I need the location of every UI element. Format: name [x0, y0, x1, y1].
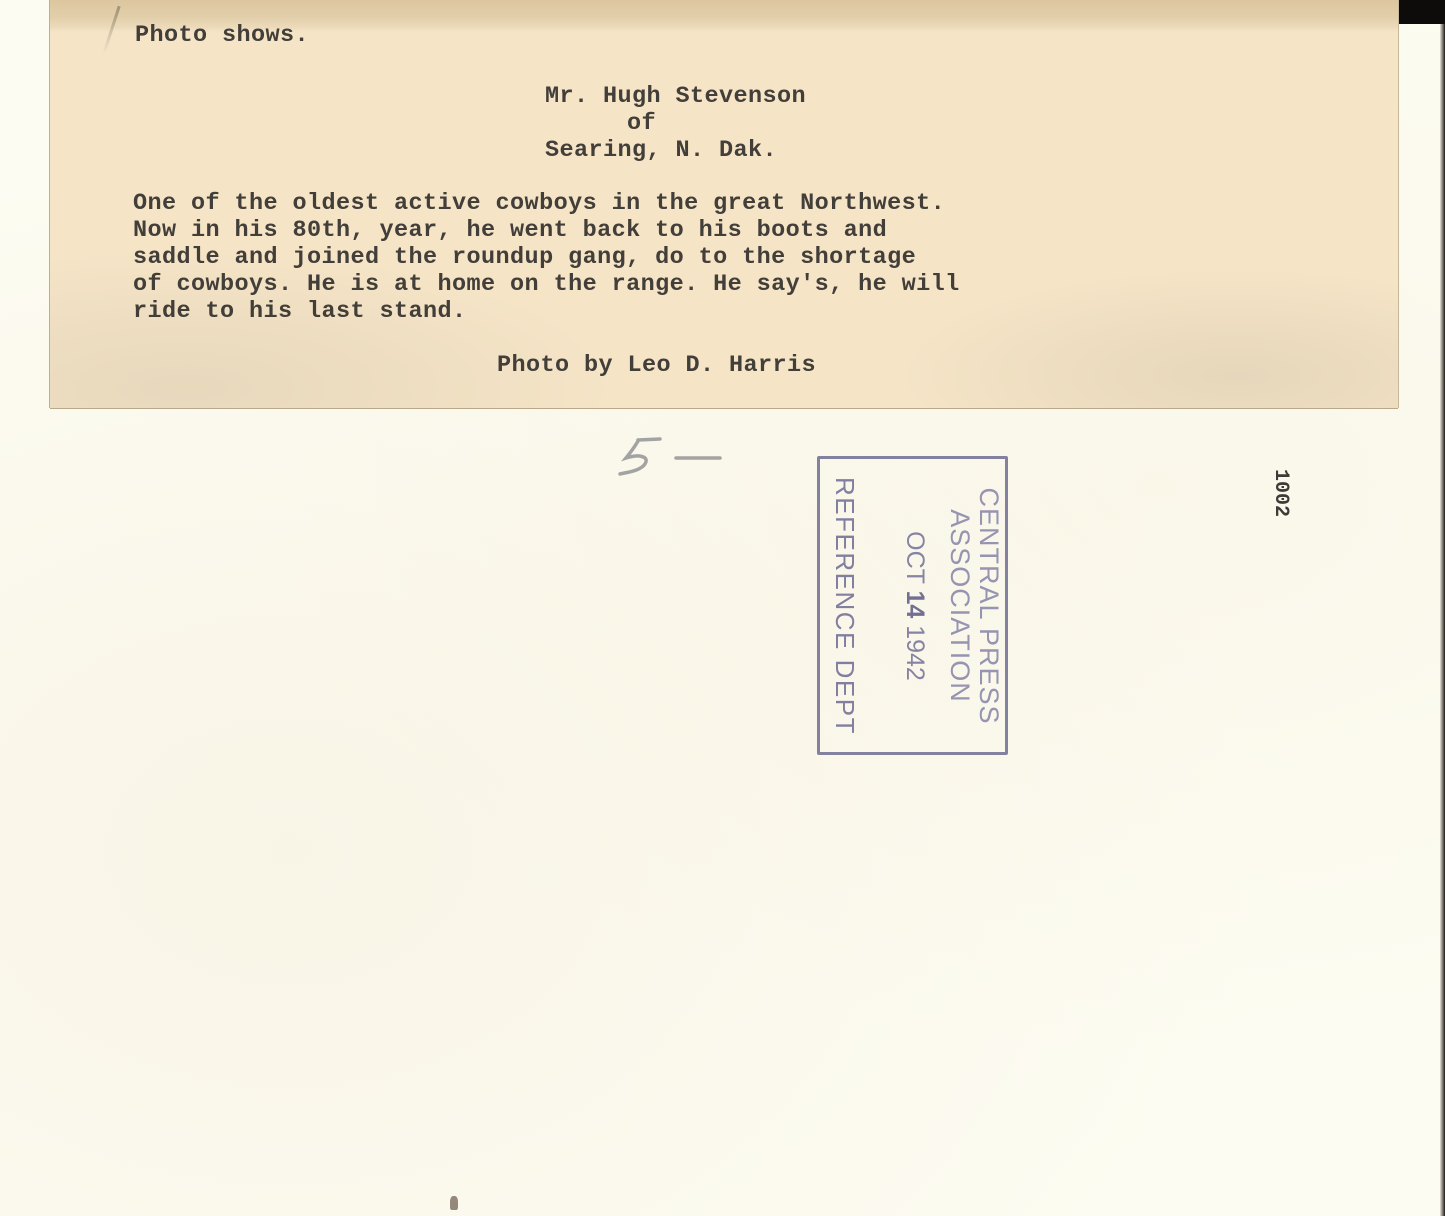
stamp-date-day: 14 [901, 590, 929, 618]
pencil-mark-5-dash [612, 428, 732, 478]
paper-speck [450, 1196, 458, 1210]
scan-edge-right [1440, 0, 1445, 1216]
subject-name: Mr. Hugh Stevenson [545, 83, 806, 110]
caption-heading: Photo shows. [135, 22, 309, 49]
stamp-org-line2: ASSOCIATION [945, 458, 975, 753]
caption-body: One of the oldest active cowboys in the … [133, 190, 960, 325]
central-press-stamp: CENTRAL PRESS ASSOCIATION OCT 14 1942 RE… [817, 456, 1008, 755]
scan-corner [1399, 0, 1445, 24]
reference-number: 1002 [1267, 463, 1293, 523]
stamp-date-month: OCT [901, 531, 929, 583]
stamp-date: OCT 14 1942 [900, 458, 930, 753]
stamp-date-year: 1942 [901, 625, 929, 681]
caption-body-line: saddle and joined the roundup gang, do t… [133, 244, 960, 271]
caption-body-line: ride to his last stand. [133, 298, 960, 325]
subject-of: of [627, 110, 656, 137]
caption-body-line: One of the oldest active cowboys in the … [133, 190, 960, 217]
stamp-org-line1: CENTRAL PRESS [974, 458, 1004, 753]
stamp-dept: REFERENCE DEPT [830, 458, 860, 753]
subject-place: Searing, N. Dak. [545, 137, 777, 164]
caption-body-line: of cowboys. He is at home on the range. … [133, 271, 960, 298]
caption-body-line: Now in his 80th, year, he went back to h… [133, 217, 960, 244]
photo-credit: Photo by Leo D. Harris [497, 352, 816, 379]
